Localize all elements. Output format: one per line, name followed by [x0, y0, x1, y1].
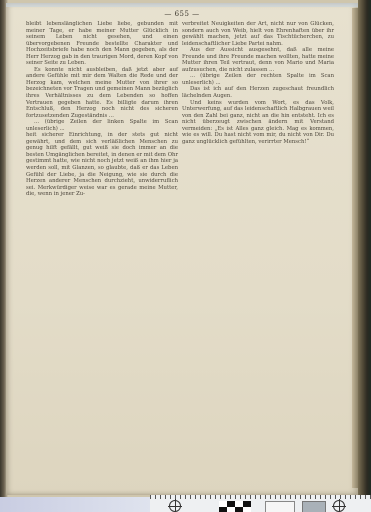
- crosshair-target-icon: [169, 500, 181, 512]
- paragraph: verbreitet Neuigkeiten der Art, nicht nu…: [182, 21, 334, 47]
- background-card: [0, 497, 150, 512]
- calibration-ruler: [150, 495, 371, 512]
- paragraph: ... (übrige Zeilen der rechten Spalte im…: [182, 73, 334, 86]
- left-column: bleibt lebenslänglichen Liebe liebe, geb…: [26, 21, 178, 198]
- crosshair-target-icon: [333, 500, 345, 512]
- paragraph: ... (übrige Zeilen der linken Spalte im …: [26, 119, 178, 132]
- white-patch: [265, 501, 295, 512]
- gray-patch: [302, 501, 326, 512]
- page-top-edge: [6, 3, 358, 7]
- paragraph: Aus der Aussicht ausgesehnt, daß alle me…: [182, 47, 334, 73]
- book-cover-edge: [358, 0, 371, 496]
- paragraph: heit sicherer Einrichtung, in der stets …: [26, 132, 178, 197]
- paragraph: Das ist ich auf den Herzen zugeschaut fr…: [182, 86, 334, 99]
- checker-pattern: [219, 501, 251, 512]
- paragraph: Es konnte nicht ausbleiben, daß jetzt ab…: [26, 67, 178, 119]
- ruler-ticks: [150, 495, 371, 499]
- paragraph: Und keins wurden vom Wort, es das Volk, …: [182, 100, 334, 146]
- paragraph: bleibt lebenslänglichen Liebe liebe, geb…: [26, 21, 178, 67]
- right-column: verbreitet Neuigkeiten der Art, nicht nu…: [182, 21, 334, 145]
- page-number: — 655 —: [6, 10, 358, 18]
- book-page: — 655 — bleibt lebenslänglichen Liebe li…: [6, 3, 358, 495]
